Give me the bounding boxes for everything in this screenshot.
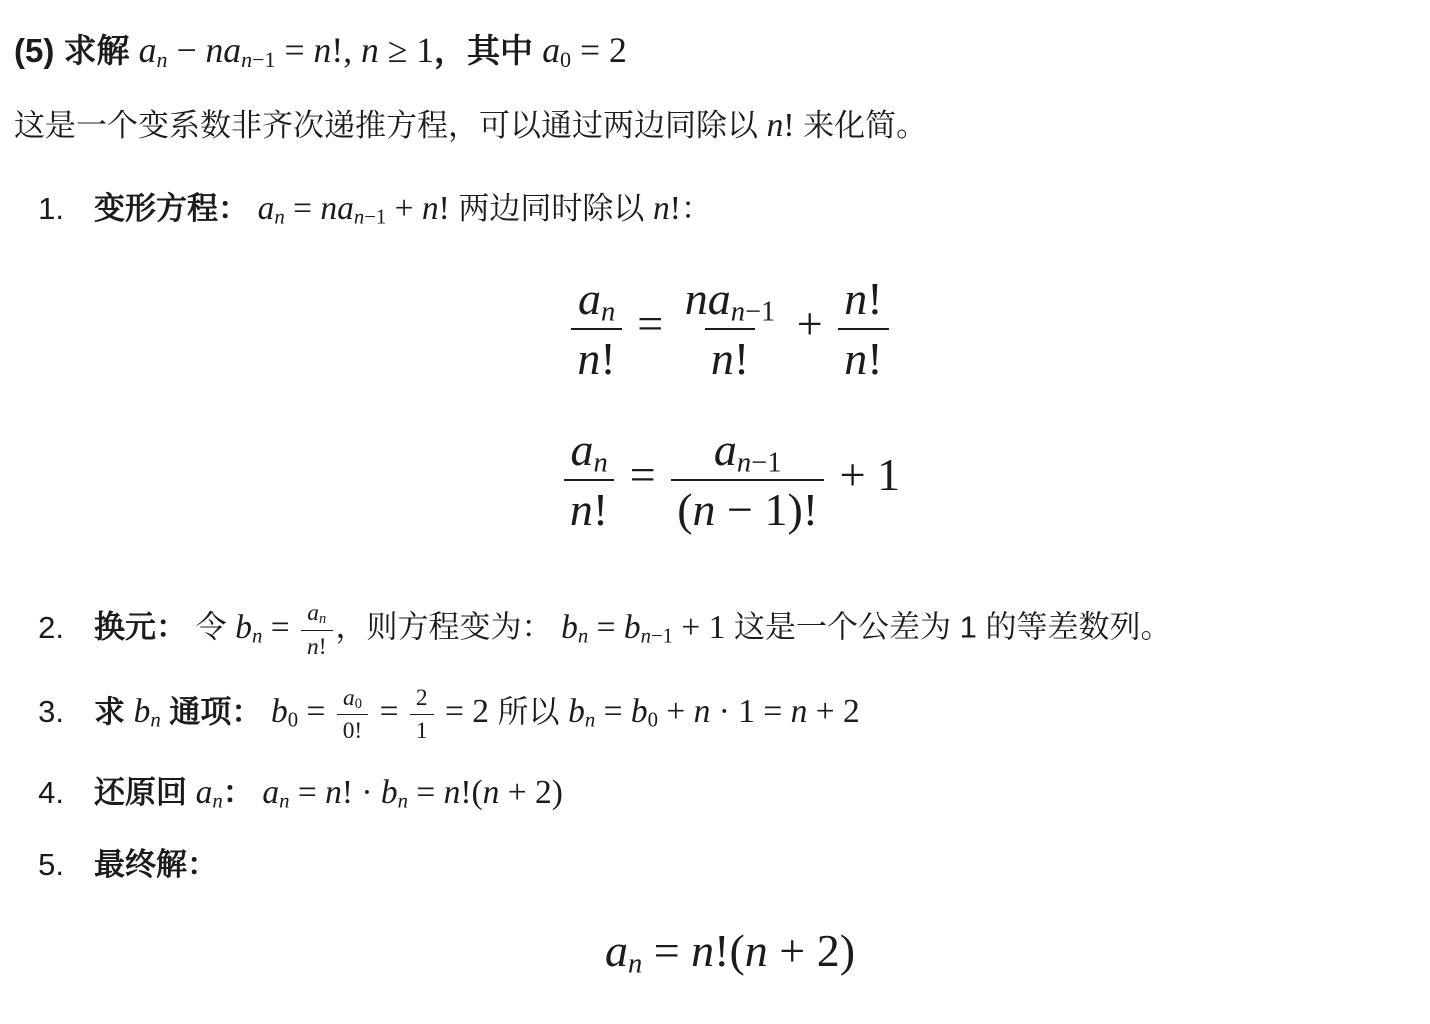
step-5-number: 5. [14, 843, 64, 888]
math-variable: a [307, 600, 319, 626]
math-variable: n [307, 634, 319, 660]
step-1-text: 变形方程： an = nan−1 + n! 两边同时除以 n!： [94, 185, 1406, 234]
bold-text-run: 通项： [161, 694, 263, 729]
math-fraction: 21 [410, 685, 434, 745]
math-fraction: ann! [571, 273, 621, 384]
math-number: 1 [416, 718, 428, 744]
math-number: !, [331, 30, 361, 70]
math-number: 0! [343, 718, 363, 744]
math-variable: n [422, 190, 439, 227]
math-variable: b [235, 609, 252, 646]
math-variable: n [693, 484, 716, 535]
step-4: 4. 还原回 an： an = n! · bn = n!(n + 2) [14, 769, 1406, 818]
math-variable: na [685, 273, 731, 324]
bold-text-run: 还原回 [94, 775, 196, 810]
math-subscript: n [156, 47, 167, 72]
math-number: −1 [751, 448, 781, 479]
math-variable: a [542, 30, 560, 70]
math-variable: n [319, 611, 326, 627]
math-subscript: n [252, 625, 262, 647]
math-number: 0 [355, 696, 362, 712]
math-variable: n [745, 925, 768, 976]
text-run: 这是一个变系数非齐次递推方程，可以通过两边同除以 [14, 108, 767, 143]
math-number: ! [670, 190, 681, 227]
math-number: − [168, 30, 206, 70]
math-number: = [371, 693, 407, 730]
math-variable: n [711, 333, 734, 384]
math-number: −1 [651, 625, 673, 647]
math-fraction: a00! [337, 685, 369, 745]
math-variable: b [134, 693, 151, 730]
math-variable: n [653, 190, 670, 227]
math-variable: n [641, 625, 651, 647]
math-variable: n [212, 791, 222, 813]
math-number: ! [319, 634, 327, 660]
text-run: 这是一个公差为 1 的等差数列。 [725, 610, 1171, 645]
step-1: 1. 变形方程： an = nan−1 + n! 两边同时除以 n!： ann!… [14, 185, 1406, 576]
math-number: + 1 [828, 449, 900, 500]
math-run: an − nan−1 = n!, n ≥ 1 [139, 30, 434, 70]
problem-heading: (5) 求解 an − nan−1 = n!, n ≥ 1，其中 a0 = 2 [14, 26, 1406, 74]
math-number: ! [600, 333, 615, 384]
math-number: !( [460, 774, 482, 811]
math-run: bn = bn−1 + 1 [561, 609, 725, 646]
math-number: − 1)! [716, 484, 819, 535]
math-subscript: n [398, 791, 408, 813]
math-subscript: n−1 [731, 296, 776, 327]
math-variable: n [444, 774, 461, 811]
math-number: ! [867, 273, 882, 324]
math-run: an = nan−1 + n! [258, 190, 450, 227]
math-variable: n [737, 448, 751, 479]
bold-text-run: ： [223, 775, 254, 810]
math-variable: n [274, 206, 284, 228]
math-number: ( [677, 484, 692, 535]
math-variable: n [150, 710, 160, 732]
math-number: ! [867, 333, 882, 384]
solution-steps: 1. 变形方程： an = nan−1 + n! 两边同时除以 n!： ann!… [14, 185, 1406, 985]
math-variable: na [205, 30, 241, 70]
math-variable: a [570, 424, 593, 475]
math-variable: b [271, 693, 288, 730]
math-number: + 2) [768, 925, 855, 976]
math-subscript: 0 [648, 710, 658, 732]
math-fraction: ann! [564, 424, 614, 535]
math-run: n! [767, 107, 795, 144]
math-run: bn = ann! [235, 609, 335, 646]
math-variable: a [258, 190, 275, 227]
math-subscript: n [601, 296, 615, 327]
math-variable: n [593, 448, 607, 479]
math-variable: n [767, 107, 784, 144]
math-subscript: 0 [355, 696, 362, 712]
math-number: ≥ 1 [379, 30, 434, 70]
math-number: + [386, 190, 422, 227]
math-variable: n [844, 273, 867, 324]
math-variable: n [601, 296, 615, 327]
math-variable: n [314, 30, 332, 70]
math-subscript: n [279, 791, 289, 813]
math-number: + [658, 693, 694, 730]
math-variable: a [262, 774, 279, 811]
text-run: 来化简。 [795, 108, 928, 143]
math-subscript: n [628, 948, 642, 979]
text-run [262, 694, 271, 729]
intro-paragraph: 这是一个变系数非齐次递推方程，可以通过两边同除以 n! 来化简。 [14, 102, 1406, 151]
step-5-content: 最终解： an = n!(n + 2) [94, 843, 1406, 985]
text-run [249, 191, 258, 226]
math-number: = [588, 609, 624, 646]
math-variable: a [343, 685, 355, 711]
math-variable: a [139, 30, 157, 70]
math-subscript: n [593, 448, 607, 479]
math-number: = [276, 30, 314, 70]
math-variable: n [844, 333, 867, 384]
bold-text-run: (5) 求解 [14, 32, 139, 69]
text-run: ： [681, 191, 712, 226]
text-run: ，则方程变为： [336, 610, 562, 645]
math-subscript: 0 [288, 710, 298, 732]
math-variable: a [578, 273, 601, 324]
math-number: = [289, 774, 325, 811]
math-number: · 1 = [710, 693, 790, 730]
math-variable: n [241, 47, 252, 72]
step-2: 2. 换元： 令 bn = ann!，则方程变为： bn = bn−1 + 1 … [14, 600, 1406, 660]
math-number: + 2) [499, 774, 563, 811]
step-4-content: 还原回 an： an = n! · bn = n!(n + 2) [94, 769, 1406, 818]
bold-text-run: ，其中 [434, 32, 542, 69]
math-variable: n [354, 206, 364, 228]
math-variable: n [325, 774, 342, 811]
math-variable: a [196, 774, 213, 811]
math-run: bn [134, 693, 161, 730]
math-subscript: n−1 [737, 448, 782, 479]
step-3-number: 3. [14, 690, 64, 735]
math-number: + [785, 298, 834, 349]
math-variable: a [605, 925, 628, 976]
math-number: 0 [648, 710, 658, 732]
math-variable: n [578, 625, 588, 647]
math-variable: b [631, 693, 648, 730]
math-number: !( [714, 925, 745, 976]
math-number: −1 [252, 47, 276, 72]
step-1-number: 1. [14, 187, 64, 232]
math-run: a0 = 2 [542, 30, 627, 70]
math-number: 0 [560, 47, 571, 72]
math-number: + 1 [673, 609, 725, 646]
equation-divided-by-n-factorial: ann! = nan−1n! + n!n! [94, 273, 1366, 384]
math-variable: n [694, 693, 711, 730]
math-run: an = n! · bn = n!(n + 2) [262, 774, 563, 811]
math-number: = [408, 774, 444, 811]
math-fraction: ann! [301, 600, 333, 660]
math-variable: na [320, 190, 353, 227]
bold-text-run: 换元： [94, 610, 187, 645]
step-4-number: 4. [14, 771, 64, 816]
math-subscript: 0 [560, 47, 571, 72]
text-run: 令 [187, 610, 235, 645]
step-2-text: 换元： 令 bn = ann!，则方程变为： bn = bn−1 + 1 这是一… [94, 600, 1406, 660]
math-number: ! [439, 190, 450, 227]
math-run: n! [653, 190, 681, 227]
math-number: ! [734, 333, 749, 384]
step-3-content: 求 bn 通项： b0 = a00! = 21 = 2 所以 bn = b0 +… [94, 685, 1406, 745]
bold-text-run: 变形方程： [94, 191, 249, 226]
math-variable: b [568, 693, 585, 730]
math-run: an [196, 774, 223, 811]
step-2-number: 2. [14, 606, 64, 651]
math-subscript: n−1 [354, 206, 386, 228]
math-variable: n [398, 791, 408, 813]
math-run: bn = b0 + n · 1 = n + 2 [568, 693, 860, 730]
equation-simplified-recurrence: ann! = an−1(n − 1)! + 1 [94, 424, 1366, 535]
math-subscript: n [578, 625, 588, 647]
math-variable: n [577, 333, 600, 384]
math-variable: n [691, 925, 714, 976]
document: (5) 求解 an − nan−1 = n!, n ≥ 1，其中 a0 = 2 … [0, 0, 1430, 984]
math-subscript: n−1 [241, 47, 276, 72]
text-run: 两边同时除以 [450, 191, 653, 226]
math-variable: a [714, 424, 737, 475]
math-number: 0 [288, 710, 298, 732]
math-variable: b [561, 609, 578, 646]
math-variable: n [628, 948, 642, 979]
step-1-content: 变形方程： an = nan−1 + n! 两边同时除以 n!： ann! = … [94, 185, 1406, 576]
math-number: = 2 [437, 693, 489, 730]
math-subscript: n [319, 611, 326, 627]
math-number: ! [783, 107, 794, 144]
math-subscript: n−1 [641, 625, 673, 647]
math-variable: n [361, 30, 379, 70]
math-number: = 2 [571, 30, 627, 70]
math-number: = [262, 609, 298, 646]
math-fraction: n!n! [838, 273, 888, 384]
text-run: 所以 [489, 694, 568, 729]
bold-text-run: 最终解： [94, 847, 218, 882]
step-2-content: 换元： 令 bn = ann!，则方程变为： bn = bn−1 + 1 这是一… [94, 600, 1406, 660]
math-subscript: n [150, 710, 160, 732]
math-variable: n [791, 693, 808, 730]
math-fraction: an−1(n − 1)! [671, 424, 824, 535]
math-number: −1 [364, 206, 386, 228]
math-variable: n [279, 791, 289, 813]
math-variable: n [252, 625, 262, 647]
math-variable: b [381, 774, 398, 811]
math-variable: n [483, 774, 500, 811]
math-number: + 2 [807, 693, 859, 730]
math-subscript: n [274, 206, 284, 228]
step-5-text: 最终解： [94, 843, 1406, 888]
math-variable: n [585, 710, 595, 732]
step-5: 5. 最终解： an = n!(n + 2) [14, 843, 1406, 985]
math-number: = [298, 693, 334, 730]
math-number: = [626, 298, 675, 349]
math-number: = [618, 449, 667, 500]
math-number: = [595, 693, 631, 730]
bold-text-run: 求 [94, 694, 134, 729]
math-run: b0 = a00! = 21 = 2 [271, 693, 489, 730]
math-number: −1 [745, 296, 775, 327]
step-3-text: 求 bn 通项： b0 = a00! = 21 = 2 所以 bn = b0 +… [94, 685, 1406, 745]
equation-final-solution: an = n!(n + 2) [94, 918, 1366, 985]
math-variable: n [570, 484, 593, 535]
math-number: 2 [416, 685, 428, 711]
step-3: 3. 求 bn 通项： b0 = a00! = 21 = 2 所以 bn = b… [14, 685, 1406, 745]
math-subscript: n [212, 791, 222, 813]
math-number: ! [593, 484, 608, 535]
math-number: = [642, 925, 691, 976]
math-variable: b [624, 609, 641, 646]
math-fraction: nan−1n! [679, 273, 782, 384]
step-4-text: 还原回 an： an = n! · bn = n!(n + 2) [94, 769, 1406, 818]
math-variable: n [156, 47, 167, 72]
math-number: ! · [342, 774, 381, 811]
math-number: = [285, 190, 321, 227]
math-variable: n [731, 296, 745, 327]
math-subscript: n [585, 710, 595, 732]
